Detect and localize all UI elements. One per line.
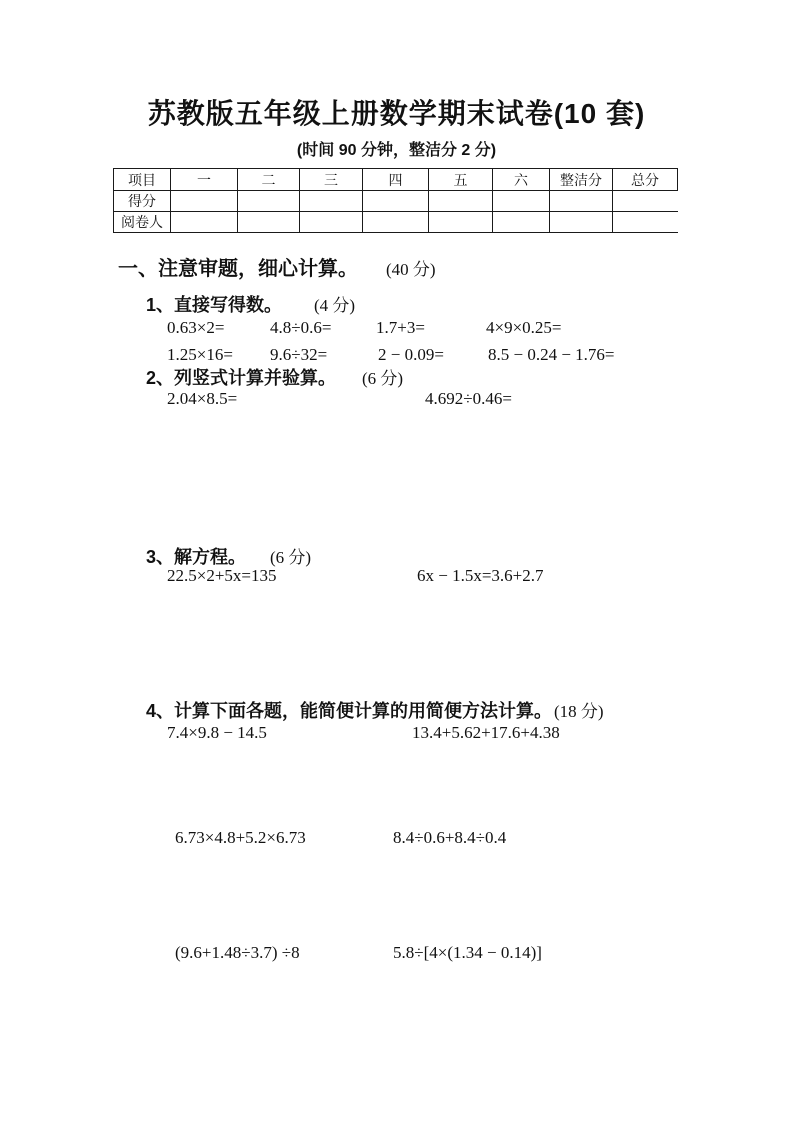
q1-points: (4 分) (314, 296, 355, 315)
q1-heading-text: 1、直接写得数。 (146, 295, 282, 315)
score-table-header: 四 (363, 169, 429, 191)
q1-expression: 4×9×0.25= (486, 318, 562, 338)
score-table-header: 项目 (114, 169, 171, 191)
score-cell (171, 191, 238, 212)
score-cell (429, 191, 493, 212)
q4-expression: (9.6+1.48÷3.7) ÷8 (175, 943, 300, 963)
q2-heading-text: 2、列竖式计算并验算。 (146, 368, 336, 388)
q4-points: (18 分) (554, 702, 604, 721)
score-cell (613, 212, 678, 233)
q4-expression: 13.4+5.62+17.6+4.38 (412, 723, 560, 743)
score-table-header: 三 (300, 169, 363, 191)
score-cell (613, 191, 678, 212)
score-cell (550, 191, 613, 212)
q2-expression-right: 4.692÷0.46= (425, 389, 512, 409)
q4-expression: 8.4÷0.6+8.4÷0.4 (393, 828, 506, 848)
score-table-header: 总分 (613, 169, 678, 191)
q3-expression-left: 22.5×2+5x=135 (167, 566, 277, 586)
q2-heading: 2、列竖式计算并验算。(6 分) (146, 364, 403, 390)
score-cell (550, 212, 613, 233)
q1-expression: 1.7+3= (376, 318, 425, 338)
section1-heading-text: 一、注意审题，细心计算。 (118, 258, 358, 280)
score-table: 项目 一 二 三 四 五 六 整洁分 总分 得分 阅卷人 (113, 168, 678, 233)
score-table-header: 二 (238, 169, 300, 191)
score-cell (363, 191, 429, 212)
page-title: 苏教版五年级上册数学期末试卷(10 套) (0, 92, 793, 132)
exam-paper-page: 苏教版五年级上册数学期末试卷(10 套) (时间 90 分钟，整洁分 2 分) … (0, 0, 793, 1122)
q4-expression: 6.73×4.8+5.2×6.73 (175, 828, 306, 848)
score-table-header-row: 项目 一 二 三 四 五 六 整洁分 总分 (114, 169, 678, 191)
q1-expression: 9.6÷32= (270, 345, 327, 365)
q1-expression: 0.63×2= (167, 318, 224, 338)
q1-expression: 2 − 0.09= (378, 345, 444, 365)
score-row-label: 阅卷人 (114, 212, 171, 233)
q1-expression: 8.5 − 0.24 − 1.76= (488, 345, 615, 365)
q3-heading-text: 3、解方程。 (146, 547, 246, 567)
score-cell (238, 212, 300, 233)
q4-expression: 7.4×9.8 − 14.5 (167, 723, 267, 743)
q2-points: (6 分) (362, 369, 403, 388)
score-row: 得分 (114, 191, 678, 212)
score-row-label: 得分 (114, 191, 171, 212)
q3-points: (6 分) (270, 548, 311, 567)
section1-heading: 一、注意审题，细心计算。(40 分) (118, 252, 436, 281)
score-table-header: 五 (429, 169, 493, 191)
page-subtitle: (时间 90 分钟，整洁分 2 分) (0, 137, 793, 160)
score-cell (171, 212, 238, 233)
score-cell (363, 212, 429, 233)
score-table-header: 一 (171, 169, 238, 191)
score-cell (238, 191, 300, 212)
section1-points: (40 分) (386, 260, 436, 279)
q2-expression-left: 2.04×8.5= (167, 389, 237, 409)
q1-expression: 1.25×16= (167, 345, 233, 365)
score-table-header: 六 (493, 169, 550, 191)
q4-heading-text: 4、计算下面各题，能简便计算的用简便方法计算。 (146, 701, 552, 721)
score-cell (429, 212, 493, 233)
score-cell (300, 212, 363, 233)
reviewer-row: 阅卷人 (114, 212, 678, 233)
q1-expression: 4.8÷0.6= (270, 318, 331, 338)
score-cell (493, 191, 550, 212)
score-cell (300, 191, 363, 212)
q3-expression-right: 6x − 1.5x=3.6+2.7 (417, 566, 544, 586)
q1-heading: 1、直接写得数。(4 分) (146, 291, 355, 317)
score-cell (493, 212, 550, 233)
q4-heading: 4、计算下面各题，能简便计算的用简便方法计算。(18 分) (146, 697, 604, 723)
q4-expression: 5.8÷[4×(1.34 − 0.14)] (393, 943, 542, 963)
score-table-header: 整洁分 (550, 169, 613, 191)
